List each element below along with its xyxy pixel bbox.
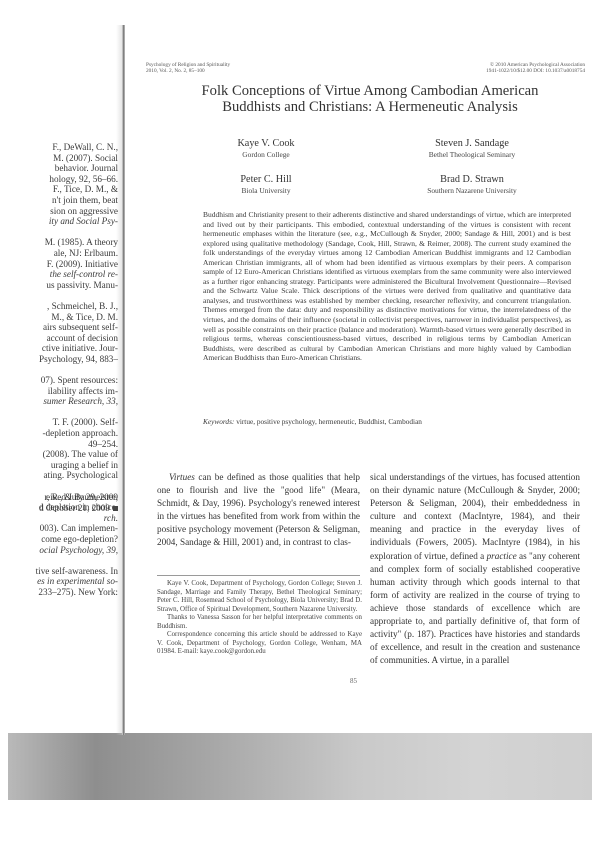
reference-fragment: ale, NJ: Erlbaum.: [0, 248, 118, 259]
reference-fragment: T. F. (2000). Self-: [0, 417, 118, 428]
left-page-dates: eived July 29, 2009 d October 21, 2009: [0, 492, 118, 513]
body-column-left: Virtues can be defined as those qualitie…: [157, 471, 360, 550]
author-affiliation: Gordon College: [166, 150, 366, 159]
scan-shadow: [8, 733, 592, 800]
left-page-references: F., DeWall, C. N.,M. (2007). Socialbehav…: [0, 142, 118, 598]
body-text: as "any coherent and complex form of soc…: [370, 551, 580, 666]
reference-fragment: [0, 407, 118, 418]
body-emphasis: practice: [487, 551, 517, 561]
footnote-correspondence: Correspondence concerning this article s…: [157, 631, 362, 657]
footnote-acknowledgment: Thanks to Vanessa Sasson for her helpful…: [157, 614, 362, 631]
reference-fragment: F., Tice, D. M., &: [0, 184, 118, 195]
keywords-label: Keywords:: [203, 417, 234, 426]
reference-fragment: F. (2009). Initiative: [0, 259, 118, 270]
reference-fragment: [0, 290, 118, 301]
body-column-right: sical understandings of the virtues, has…: [370, 471, 580, 667]
reference-fragment: tive self-awareness. In: [0, 566, 118, 577]
reference-fragment: Psychology, 94, 883–: [0, 354, 118, 365]
reference-fragment: ity and Social Psy-: [0, 216, 118, 227]
end-of-article-mark: [113, 506, 118, 511]
reference-fragment: uraging a belief in: [0, 460, 118, 471]
reference-fragment: account of decision: [0, 333, 118, 344]
doi: 1941-1022/10/$12.00 DOI: 10.1037/a001875…: [486, 68, 585, 74]
reference-fragment: (2008). The value of: [0, 449, 118, 460]
body-lead-word: Virtues: [169, 472, 195, 482]
title-line-1: Folk Conceptions of Virtue Among Cambodi…: [150, 83, 590, 99]
reference-fragment: us passivity. Manu-: [0, 280, 118, 291]
reference-fragment: sion on aggressive: [0, 206, 118, 217]
reference-fragment: hology, 92, 56–66.: [0, 174, 118, 185]
reference-fragment: airs subsequent self-: [0, 322, 118, 333]
reference-fragment: come ego-depletion?: [0, 534, 118, 545]
reference-fragment: 49–254.: [0, 439, 118, 450]
reference-fragment: ctive initiative. Jour-: [0, 343, 118, 354]
book-spine-gutter: [122, 25, 125, 735]
reference-fragment: ating. Psychological: [0, 470, 118, 481]
journal-volume: 2010, Vol. 2, No. 2, 85–100: [146, 68, 230, 74]
footnote-divider: [157, 575, 360, 576]
author-block: Peter C. Hill Biola University: [166, 174, 366, 195]
author-block: Steven J. Sandage Bethel Theological Sem…: [372, 138, 572, 159]
reference-fragment: n't join them, beat: [0, 195, 118, 206]
reference-fragment: M., & Tice, D. M.: [0, 312, 118, 323]
reference-fragment: sumer Research, 33,: [0, 396, 118, 407]
author-block: Brad D. Strawn Southern Nazarene Univers…: [372, 174, 572, 195]
revised-date: d October 21, 2009: [0, 503, 118, 514]
reference-fragment: 07). Spent resources:: [0, 375, 118, 386]
author-block: Kaye V. Cook Gordon College: [166, 138, 366, 159]
author-affiliation: Bethel Theological Seminary: [372, 150, 572, 159]
author-name: Peter C. Hill: [166, 174, 366, 186]
author-name: Brad D. Strawn: [372, 174, 572, 186]
author-name: Steven J. Sandage: [372, 138, 572, 150]
reference-fragment: [0, 481, 118, 492]
body-paragraph: Virtues can be defined as those qualitie…: [157, 471, 360, 550]
keywords-list: virtue, positive psychology, hermeneutic…: [236, 417, 422, 426]
title-line-2: Buddhists and Christians: A Hermeneutic …: [150, 99, 590, 115]
author-affiliation: Biola University: [166, 186, 366, 195]
body-text: can be defined as those qualities that h…: [157, 472, 360, 547]
reference-fragment: ilability affects im-: [0, 386, 118, 397]
author-name: Kaye V. Cook: [166, 138, 366, 150]
reference-fragment: 003). Can implemen-: [0, 523, 118, 534]
reference-fragment: M. (2007). Social: [0, 153, 118, 164]
reference-fragment: the self-control re-: [0, 269, 118, 280]
running-head-journal: Psychology of Religion and Spirituality …: [146, 62, 230, 74]
reference-fragment: ocial Psychology, 39,: [0, 545, 118, 556]
reference-fragment: [0, 227, 118, 238]
author-note: Kaye V. Cook, Department of Psychology, …: [157, 580, 362, 657]
page-number: 85: [350, 677, 357, 685]
reference-fragment: behavior. Journal: [0, 163, 118, 174]
reference-fragment: es in experimental so-: [0, 576, 118, 587]
reference-fragment: M. (1985). A theory: [0, 237, 118, 248]
body-text: sical understandings of the virtues, has…: [370, 472, 580, 561]
keywords: Keywords: virtue, positive psychology, h…: [203, 417, 571, 426]
reference-fragment: [0, 555, 118, 566]
left-facing-page: F., DeWall, C. N.,M. (2007). Socialbehav…: [0, 0, 118, 730]
received-date: eived July 29, 2009: [0, 492, 118, 503]
article-title: Folk Conceptions of Virtue Among Cambodi…: [150, 83, 590, 115]
reference-fragment: F., DeWall, C. N.,: [0, 142, 118, 153]
reference-fragment: -depletion approach.: [0, 428, 118, 439]
running-head-copyright: © 2010 American Psychological Associatio…: [486, 62, 585, 74]
footnote-affiliations: Kaye V. Cook, Department of Psychology, …: [157, 580, 362, 614]
reference-fragment: rch.: [0, 513, 118, 524]
abstract: Buddhism and Christianity present to the…: [203, 210, 571, 363]
reference-fragment: , Schmeichel, B. J.,: [0, 301, 118, 312]
author-affiliation: Southern Nazarene University: [372, 186, 572, 195]
reference-fragment: [0, 364, 118, 375]
reference-fragment: 233–275). New York:: [0, 587, 118, 598]
